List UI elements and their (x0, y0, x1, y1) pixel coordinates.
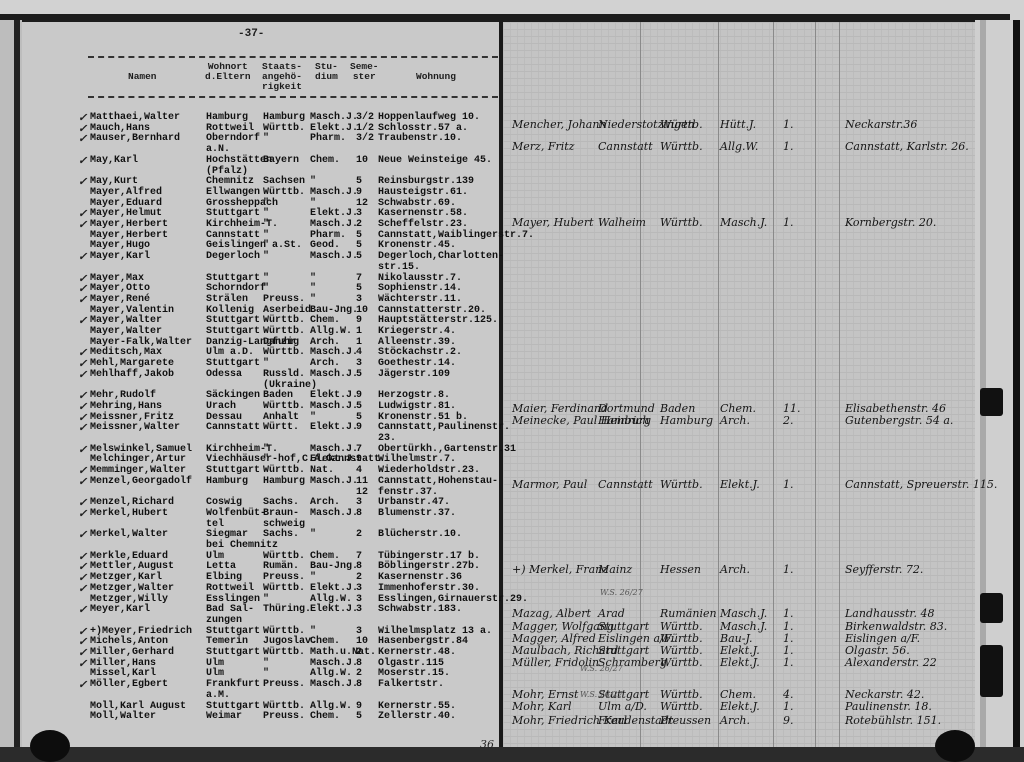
handwritten-name: Mohr, Karl (512, 700, 572, 713)
checkmark-icon: ✓ (78, 315, 87, 327)
cell-studium: Masch.J. (310, 251, 358, 263)
handwritten-ort: Cannstatt (598, 140, 653, 153)
checkmark-icon: ✓ (78, 583, 87, 595)
cell-name: May,Karl (90, 155, 138, 167)
folio-number: 36 (480, 738, 494, 751)
checkmark-icon: ✓ (78, 155, 87, 167)
checkmark-icon: ✓ (78, 529, 87, 541)
cell-sem: 5 (356, 251, 362, 263)
cell-ort: Weimar (206, 711, 242, 723)
handwritten-sem: 1. (783, 563, 794, 576)
book-binding-left (0, 20, 22, 762)
cell-staat: Württ. (263, 422, 299, 434)
handwritten-studium: Elekt.J. (720, 656, 760, 669)
handwritten-name: Merz, Fritz (512, 140, 574, 153)
cell-sem: 5 (356, 711, 362, 723)
handwritten-studium: Arch. (720, 563, 750, 576)
handwritten-wohnung: Cannstatt, Karlstr. 26. (845, 140, 969, 153)
header-rule-top (88, 56, 498, 58)
handwritten-sem: 2. (783, 414, 794, 427)
cell-name: Mehlhaff,Jakob (90, 369, 174, 381)
handwritten-name: Mazag, Albert (512, 607, 591, 620)
cell-staat: Württb. (263, 647, 305, 659)
cell-staat: " (263, 133, 269, 145)
checkmark-icon: ✓ (78, 219, 87, 231)
handwritten-wohnung: Neckarstr.36 (845, 118, 917, 131)
checkmark-icon: ✓ (78, 294, 87, 306)
handwritten-sem: 1. (783, 478, 794, 491)
cell-sem: 3/2 (356, 133, 374, 145)
checkmark-icon: ✓ (78, 476, 87, 488)
handwritten-sem: 1. (783, 140, 794, 153)
cell-studium: Masch.J. (310, 187, 358, 199)
handwritten-ort: Hamburg (598, 414, 651, 427)
checkmark-icon: ✓ (78, 133, 87, 145)
handwritten-sem: 1. (783, 656, 794, 669)
cell-name: Meissner,Walter (90, 422, 180, 434)
semester-annotation: W.S. 26/27 (580, 690, 623, 699)
cell-wohnung: Traubenstr.10. (378, 133, 462, 145)
handwritten-sem: 1. (783, 118, 794, 131)
handwritten-wohnung: Cannstatt, Spreuerstr. 115. (845, 478, 997, 491)
checkmark-icon: ✓ (78, 679, 87, 691)
handwritten-staat: Württb. (660, 118, 703, 131)
handwritten-wohnung: Paulinenstr. 18. (845, 700, 932, 713)
checkmark-icon: ✓ (78, 422, 87, 434)
cell-ort: Odessa (206, 369, 242, 381)
cell-sem: 5 (356, 369, 362, 381)
header-wohnung: Wohnung (416, 72, 456, 82)
handwritten-studium: Elekt.J. (720, 700, 760, 713)
handwritten-ort: Mainz (598, 563, 632, 576)
cell-staat: " (263, 251, 269, 263)
thumb-shadow (935, 730, 975, 762)
checkmark-icon: ✓ (78, 658, 87, 670)
handwritten-sem: 1. (783, 607, 794, 620)
cell-name: Mauser,Bernhard (90, 133, 180, 145)
cell-wohnung: Neue Weinsteige 45. (378, 155, 492, 167)
cell-staat: Württb. (263, 347, 305, 359)
cell-wohnung: Blumenstr.37. (378, 508, 456, 520)
handwritten-staat: Württb. (660, 700, 703, 713)
handwritten-wohnung: Alexanderstr. 22 (845, 656, 937, 669)
scanner-frame-bottom (0, 747, 1024, 762)
handwritten-name: Mencher, Johann (512, 118, 607, 131)
cell-studium: Masch.J. (310, 401, 358, 413)
cell-studium: Pharm. (310, 133, 346, 145)
checkmark-icon: ✓ (78, 508, 87, 520)
handwritten-wohnung: Rotebühlstr. 151. (845, 714, 941, 727)
handwritten-ort: Arad (598, 607, 625, 620)
handwritten-sem: 1. (783, 216, 794, 229)
cell-name: Meyer,Karl (90, 604, 150, 616)
handwritten-studium: Arch. (720, 414, 750, 427)
cell-staat: Bayern (263, 155, 299, 167)
cell-studium: Elekt.J. (310, 422, 358, 434)
cell-name: Möller,Egbert (90, 679, 168, 691)
header-rule-bottom (88, 96, 498, 98)
header-staat: Staats- angehö- rigkeit (262, 62, 302, 92)
checkmark-icon: ✓ (78, 604, 87, 616)
scanner-frame-top (0, 0, 1024, 20)
cell-studium: Masch.J. (310, 508, 358, 520)
checkmark-icon: ✓ (78, 369, 87, 381)
cell-wohnung: Falkertstr. (378, 679, 444, 691)
cell-wohnung: Jägerstr.109 (378, 369, 450, 381)
cell-wohnung: Zellerstr.40. (378, 711, 456, 723)
cell-studium: Masch.J. (310, 369, 358, 381)
cell-name: Merkel,Hubert (90, 508, 168, 520)
handwritten-ort: Cannstatt (598, 478, 653, 491)
cell-sem: 10 (356, 155, 368, 167)
handwritten-ort: Walheim (598, 216, 646, 229)
handwritten-staat: Württb. (660, 216, 703, 229)
checkmark-icon: ✓ (78, 444, 87, 456)
thumb-shadow (30, 730, 70, 762)
index-tab (980, 388, 1003, 416)
cell-wohnung: Blücherstr.10. (378, 529, 462, 541)
handwritten-staat: Hessen (660, 563, 701, 576)
cell-sem: 2 (356, 529, 362, 541)
handwritten-sem: 9. (783, 714, 794, 727)
handwritten-wohnung: Kornbergstr. 20. (845, 216, 936, 229)
checkmark-icon: ✓ (78, 176, 87, 188)
cell-staat: Württb. (263, 583, 305, 595)
cell-sem: 3 (356, 604, 362, 616)
handwritten-name: Marmor, Paul (512, 478, 587, 491)
handwritten-staat: Hamburg (660, 414, 713, 427)
handwritten-wohnung: Gutenbergstr. 54 a. (845, 414, 953, 427)
cell-studium: " (310, 529, 316, 541)
handwritten-wohnung: Landhausstr. 48 (845, 607, 934, 620)
cell-studium: Elekt.J. (310, 604, 358, 616)
handwritten-sem: 1. (783, 700, 794, 713)
header-semester: Seme- ster (350, 62, 379, 82)
column-rule (815, 22, 816, 747)
handwritten-ort: Ulm a/D. (598, 700, 647, 713)
column-rule (773, 22, 774, 747)
cell-ort: Hamburg (206, 476, 248, 488)
handwritten-staat: Preussen (660, 714, 711, 727)
cell-sem: 8 (356, 679, 362, 691)
semester-annotation: W.S. 26/27 (600, 588, 643, 597)
cell-staat: Preuss. (263, 711, 305, 723)
cell-name: Mayer,Karl (90, 251, 150, 263)
cell-ort: Cannstatt (206, 422, 260, 434)
header-studium: Stu- dium (315, 62, 338, 82)
index-tab (980, 593, 1003, 623)
handwritten-studium: Hütt.J. (720, 118, 756, 131)
handwritten-wohnung: Seyfferstr. 72. (845, 563, 923, 576)
cell-studium: Masch.J. (310, 679, 358, 691)
cell-staat: Thüring. (263, 604, 311, 616)
cell-studium: Masch.J. (310, 476, 358, 488)
cell-studium: Chem. (310, 711, 340, 723)
handwritten-name: +) Merkel, Franz (512, 563, 608, 576)
checkmark-icon: ✓ (78, 251, 87, 263)
cell-studium: Chem. (310, 155, 340, 167)
handwritten-studium: Allg.W. (720, 140, 758, 153)
page-number: -37- (238, 28, 264, 40)
handwritten-staat: Württb. (660, 140, 703, 153)
handwritten-name: Mayer, Hubert (512, 216, 594, 229)
cell-sem: 8 (356, 508, 362, 520)
handwritten-staat: Württb. (660, 656, 703, 669)
handwritten-studium: Masch.J. (720, 216, 767, 229)
semester-annotation: W.S. 26/27 (580, 664, 623, 673)
header-namen: Namen (128, 72, 157, 82)
cell-sem: 9 (356, 422, 362, 434)
cell-staat: Hamburg (263, 476, 305, 488)
cell-ort: Degerloch (206, 251, 260, 263)
cell-wohnung: Cannstatt,Paulinenstr. (378, 422, 510, 434)
handwritten-studium: Elekt.J. (720, 478, 760, 491)
handwritten-staat: Württb. (660, 478, 703, 491)
handwritten-studium: Arch. (720, 714, 750, 727)
column-rule (718, 22, 719, 747)
handwritten-studium: Masch.J. (720, 607, 767, 620)
header-wohnort: Wohnort d.Eltern (205, 62, 251, 82)
column-rule (839, 22, 840, 747)
cell-studium: Bau-Jng. (310, 561, 358, 573)
handwritten-staat: Rumänien (660, 607, 717, 620)
cell-staat: Preuss. (263, 679, 305, 691)
cell-name: Moll,Walter (90, 711, 156, 723)
index-tab (980, 645, 1003, 697)
cell-wohnung: Schwabstr.183. (378, 604, 462, 616)
cell-name: Merkel,Walter (90, 529, 168, 541)
cell-staat: Württb. (263, 123, 305, 135)
cell-name: Menzel,Georgadolf (90, 476, 192, 488)
